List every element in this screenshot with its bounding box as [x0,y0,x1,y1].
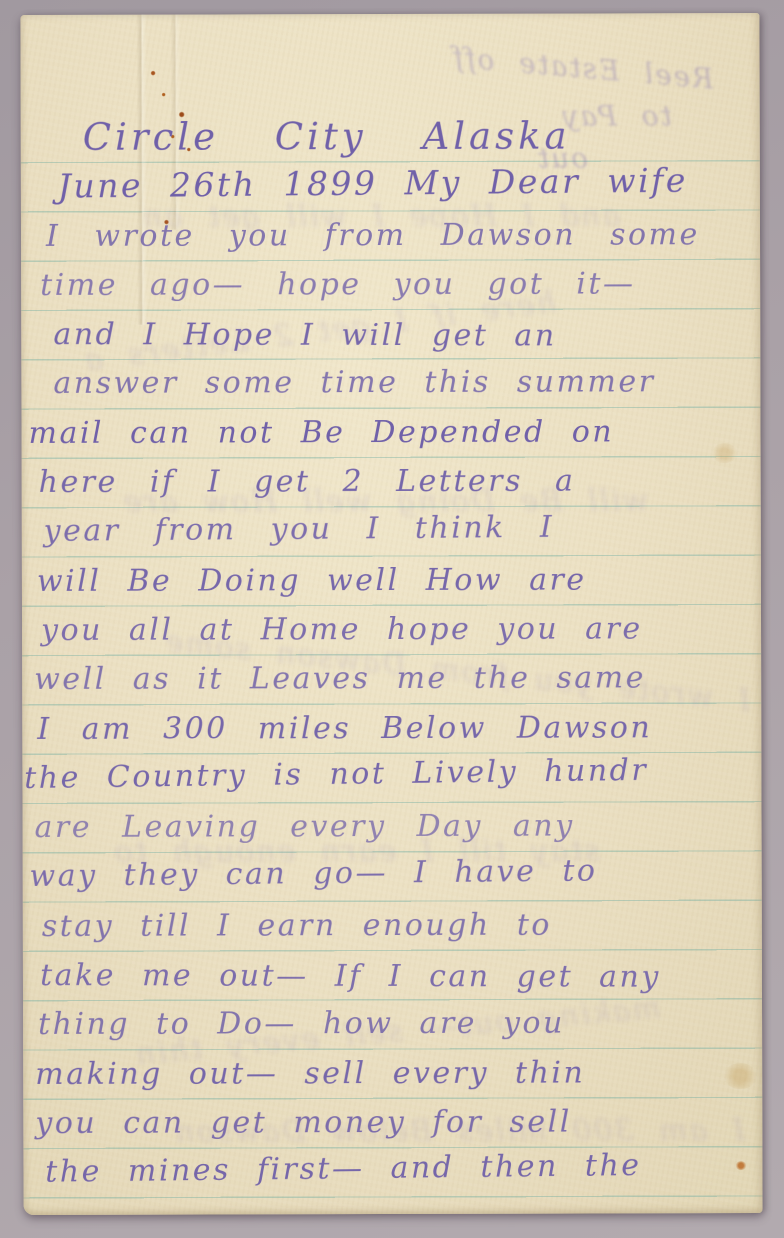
letter-page: Reel Estate off to Pay out and I Hope I … [20,13,762,1215]
paper-edge-shading [20,13,762,1215]
